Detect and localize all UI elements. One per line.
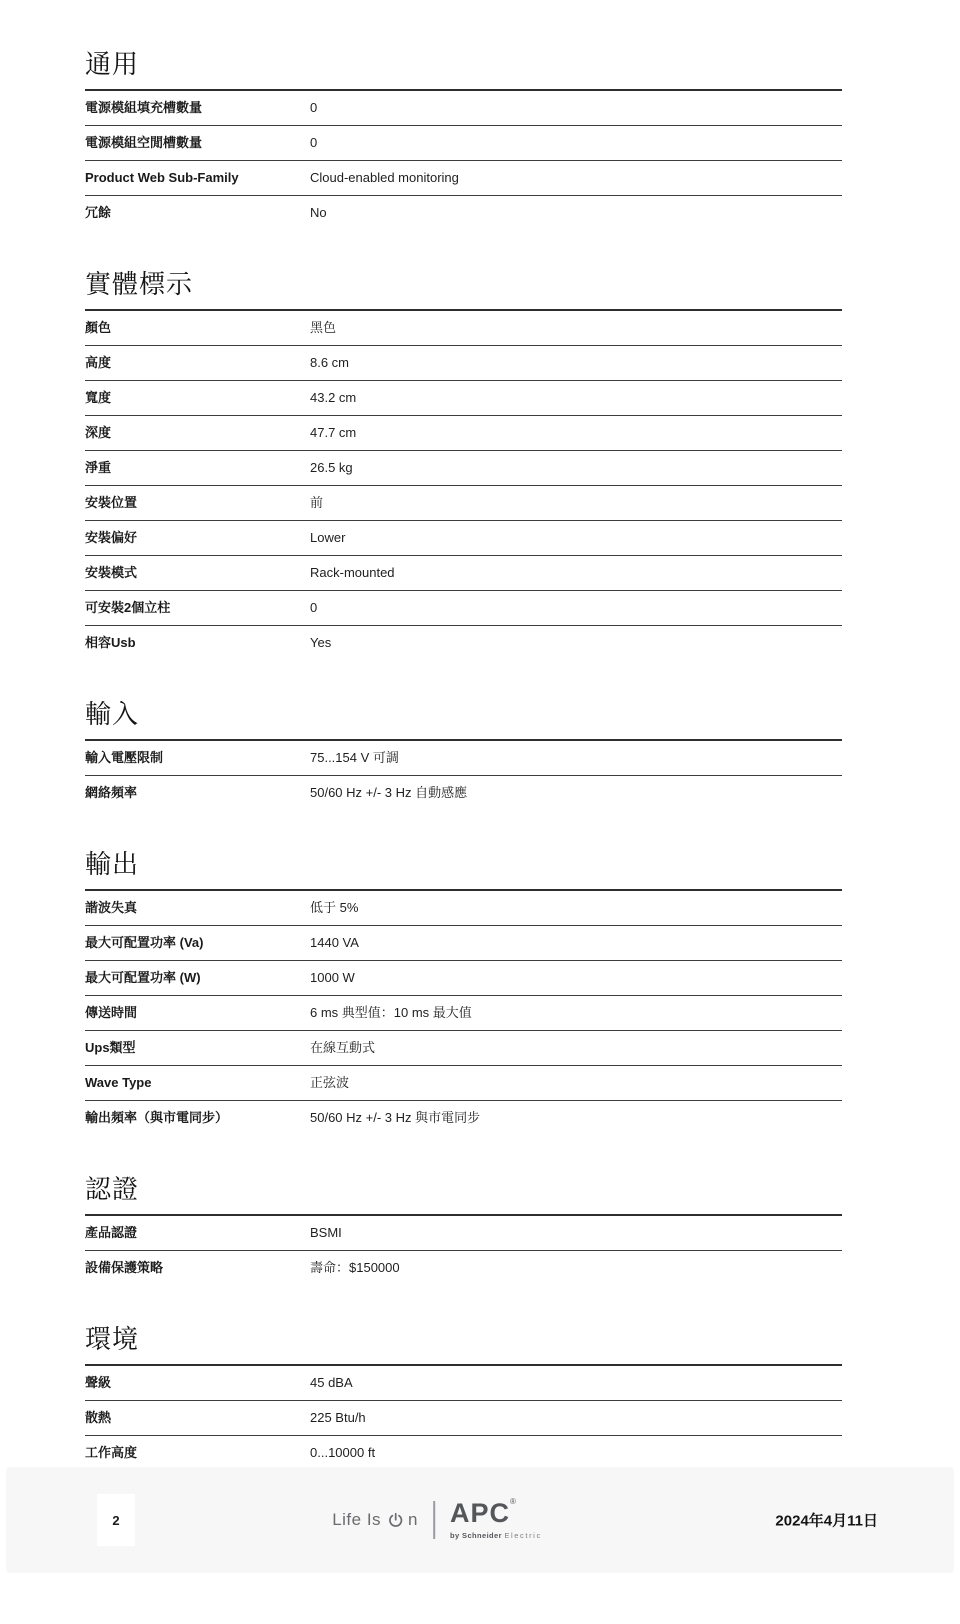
section: 認證產品認證BSMI設備保護策略壽命：$150000 xyxy=(85,1169,842,1285)
brand-lockup: Life Is n APC® by Schneider Electric xyxy=(332,1467,542,1573)
spec-row: 聲級45 dBA xyxy=(85,1366,842,1401)
section-title: 輸入 xyxy=(85,694,842,741)
spec-row: 寬度43.2 cm xyxy=(85,381,842,416)
spec-label: 可安裝2個立柱 xyxy=(85,600,310,615)
spec-label: 電源模組空閒槽數量 xyxy=(85,135,310,150)
spec-label: 工作高度 xyxy=(85,1445,310,1460)
spec-value: No xyxy=(310,205,842,220)
power-icon xyxy=(387,1512,404,1529)
spec-label: 高度 xyxy=(85,355,310,370)
page-footer: 2 Life Is n APC® by Schneider Electric 2… xyxy=(6,1467,954,1573)
spec-row: 傳送時間6 ms 典型值：10 ms 最大值 xyxy=(85,996,842,1031)
spec-label: 安裝位置 xyxy=(85,495,310,510)
spec-label: 寬度 xyxy=(85,390,310,405)
section: 輸入輸入電壓限制75...154 V 可調網絡頻率50/60 Hz +/- 3 … xyxy=(85,694,842,810)
brand-divider xyxy=(433,1501,435,1539)
spec-row: 工作高度0...10000 ft xyxy=(85,1436,842,1471)
section: 輸出諧波失真低于 5%最大可配置功率 (Va)1440 VA最大可配置功率 (W… xyxy=(85,844,842,1135)
spec-label: 安裝模式 xyxy=(85,565,310,580)
spec-label: Product Web Sub-Family xyxy=(85,170,310,185)
spec-label: 傳送時間 xyxy=(85,1005,310,1020)
spec-value: 225 Btu/h xyxy=(310,1410,842,1425)
publish-date: 2024年4月11日 xyxy=(775,1510,878,1531)
spec-value: 75...154 V 可調 xyxy=(310,750,842,765)
spec-value: 0...10000 ft xyxy=(310,1445,842,1460)
spec-row: 輸入電壓限制75...154 V 可調 xyxy=(85,741,842,776)
spec-row: 產品認證BSMI xyxy=(85,1216,842,1251)
section-title: 輸出 xyxy=(85,844,842,891)
life-is-on-logo: Life Is n xyxy=(332,1510,418,1530)
spec-label: Ups類型 xyxy=(85,1040,310,1055)
spec-value: 0 xyxy=(310,600,842,615)
spec-row: Wave Type正弦波 xyxy=(85,1066,842,1101)
spec-label: 諧波失真 xyxy=(85,900,310,915)
spec-label: 網絡頻率 xyxy=(85,785,310,800)
spec-row: 安裝位置前 xyxy=(85,486,842,521)
spec-row: 設備保護策略壽命：$150000 xyxy=(85,1251,842,1285)
spec-value: Lower xyxy=(310,530,842,545)
spec-row: Product Web Sub-FamilyCloud-enabled moni… xyxy=(85,161,842,196)
spec-row: 顏色黑色 xyxy=(85,311,842,346)
spec-row: 可安裝2個立柱0 xyxy=(85,591,842,626)
spec-label: 淨重 xyxy=(85,460,310,475)
spec-row: 諧波失真低于 5% xyxy=(85,891,842,926)
spec-sections: 通用電源模組填充槽數量0電源模組空閒槽數量0Product Web Sub-Fa… xyxy=(85,44,842,1577)
section-title: 實體標示 xyxy=(85,264,842,311)
spec-value: 黑色 xyxy=(310,320,842,335)
spec-row: 散熱225 Btu/h xyxy=(85,1401,842,1436)
spec-row: 電源模組填充槽數量0 xyxy=(85,91,842,126)
spec-row: 安裝偏好Lower xyxy=(85,521,842,556)
spec-table: 輸入電壓限制75...154 V 可調網絡頻率50/60 Hz +/- 3 Hz… xyxy=(85,741,842,810)
spec-row: 高度8.6 cm xyxy=(85,346,842,381)
spec-label: 顏色 xyxy=(85,320,310,335)
spec-label: 散熱 xyxy=(85,1410,310,1425)
spec-value: 正弦波 xyxy=(310,1075,842,1090)
spec-label: 設備保護策略 xyxy=(85,1260,310,1275)
apc-wordmark: APC® xyxy=(450,1500,517,1527)
spec-table: 產品認證BSMI設備保護策略壽命：$150000 xyxy=(85,1216,842,1285)
section: 實體標示顏色黑色高度8.6 cm寬度43.2 cm深度47.7 cm淨重26.5… xyxy=(85,264,842,660)
section-title: 環境 xyxy=(85,1319,842,1366)
spec-label: 相容Usb xyxy=(85,635,310,650)
spec-row: 安裝模式Rack-mounted xyxy=(85,556,842,591)
section-title: 通用 xyxy=(85,44,842,91)
life-is-on-suffix: n xyxy=(408,1510,418,1530)
spec-label: 聲級 xyxy=(85,1375,310,1390)
spec-label: 最大可配置功率 (W) xyxy=(85,970,310,985)
spec-row: 深度47.7 cm xyxy=(85,416,842,451)
spec-row: 網絡頻率50/60 Hz +/- 3 Hz 自動感應 xyxy=(85,776,842,810)
registered-mark-icon: ® xyxy=(510,1497,517,1506)
spec-label: Wave Type xyxy=(85,1075,310,1090)
spec-value: 低于 5% xyxy=(310,900,842,915)
spec-row: 相容UsbYes xyxy=(85,626,842,660)
spec-value: 26.5 kg xyxy=(310,460,842,475)
spec-value: 45 dBA xyxy=(310,1375,842,1390)
spec-label: 冗餘 xyxy=(85,205,310,220)
spec-row: 電源模組空閒槽數量0 xyxy=(85,126,842,161)
page-number: 2 xyxy=(97,1494,135,1546)
spec-row: 輸出頻率（與市電同步）50/60 Hz +/- 3 Hz 與市電同步 xyxy=(85,1101,842,1135)
spec-value: 0 xyxy=(310,100,842,115)
spec-value: Yes xyxy=(310,635,842,650)
spec-value: 8.6 cm xyxy=(310,355,842,370)
spec-value: 47.7 cm xyxy=(310,425,842,440)
spec-value: 50/60 Hz +/- 3 Hz 自動感應 xyxy=(310,785,842,800)
spec-row: Ups類型在線互動式 xyxy=(85,1031,842,1066)
spec-label: 輸入電壓限制 xyxy=(85,750,310,765)
spec-label: 產品認證 xyxy=(85,1225,310,1240)
spec-value: 在線互動式 xyxy=(310,1040,842,1055)
spec-label: 電源模組填充槽數量 xyxy=(85,100,310,115)
spec-label: 深度 xyxy=(85,425,310,440)
schneider-electric-subtext: by Schneider Electric xyxy=(450,1531,542,1540)
life-is-on-text: Life Is xyxy=(332,1510,381,1530)
spec-value: 1000 W xyxy=(310,970,842,985)
spec-value: Cloud-enabled monitoring xyxy=(310,170,842,185)
spec-table: 諧波失真低于 5%最大可配置功率 (Va)1440 VA最大可配置功率 (W)1… xyxy=(85,891,842,1135)
spec-row: 最大可配置功率 (Va)1440 VA xyxy=(85,926,842,961)
spec-value: 6 ms 典型值：10 ms 最大值 xyxy=(310,1005,842,1020)
spec-value: 前 xyxy=(310,495,842,510)
apc-logo: APC® by Schneider Electric xyxy=(450,1500,542,1540)
spec-value: 0 xyxy=(310,135,842,150)
spec-table: 顏色黑色高度8.6 cm寬度43.2 cm深度47.7 cm淨重26.5 kg安… xyxy=(85,311,842,660)
spec-label: 安裝偏好 xyxy=(85,530,310,545)
spec-label: 最大可配置功率 (Va) xyxy=(85,935,310,950)
section-title: 認證 xyxy=(85,1169,842,1216)
spec-table: 電源模組填充槽數量0電源模組空閒槽數量0Product Web Sub-Fami… xyxy=(85,91,842,230)
page-number-label: 2 xyxy=(112,1513,119,1528)
spec-value: 壽命：$150000 xyxy=(310,1260,842,1275)
spec-row: 冗餘No xyxy=(85,196,842,230)
spec-row: 淨重26.5 kg xyxy=(85,451,842,486)
spec-row: 最大可配置功率 (W)1000 W xyxy=(85,961,842,996)
spec-value: 43.2 cm xyxy=(310,390,842,405)
spec-value: 50/60 Hz +/- 3 Hz 與市電同步 xyxy=(310,1110,842,1125)
section: 通用電源模組填充槽數量0電源模組空閒槽數量0Product Web Sub-Fa… xyxy=(85,44,842,230)
spec-value: Rack-mounted xyxy=(310,565,842,580)
spec-value: BSMI xyxy=(310,1225,842,1240)
spec-label: 輸出頻率（與市電同步） xyxy=(85,1110,310,1125)
spec-value: 1440 VA xyxy=(310,935,842,950)
